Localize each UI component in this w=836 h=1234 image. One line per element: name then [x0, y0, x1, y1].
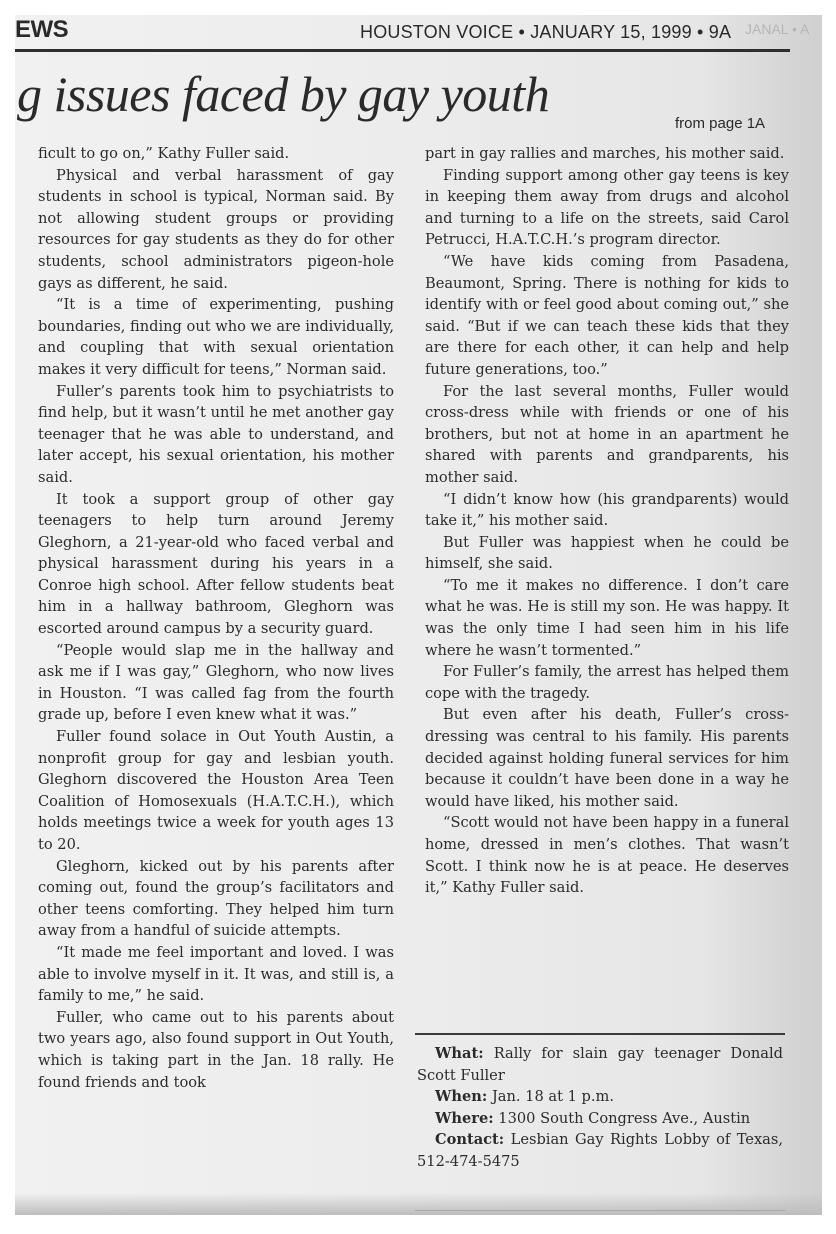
paragraph: “I didn’t know how (his grandparents) wo… [425, 489, 789, 532]
paragraph: Finding support among other gay teens is… [425, 165, 789, 251]
paragraph: “People would slap me in the hallway and… [38, 640, 394, 726]
info-where-label: Where: [435, 1110, 494, 1127]
info-what: What: Rally for slain gay teenager Donal… [417, 1043, 783, 1086]
headline: g issues faced by gay youth [17, 65, 549, 123]
paragraph: Gleghorn, kicked out by his parents afte… [38, 856, 394, 942]
paragraph: “Scott would not have been happy in a fu… [425, 812, 789, 898]
paragraph: “We have kids coming from Pasadena, Beau… [425, 251, 789, 381]
paragraph: ficult to go on,” Kathy Fuller said. [38, 143, 394, 165]
newspaper-clipping: EWS HOUSTON VOICE • JANUARY 15, 1999 • 9… [15, 15, 822, 1215]
left-column: ficult to go on,” Kathy Fuller said. Phy… [38, 143, 394, 1093]
paragraph: But even after his death, Fuller’s cross… [425, 704, 789, 812]
paragraph: “It is a time of experimenting, pushing … [38, 294, 394, 380]
paragraph: For Fuller’s family, the arrest has help… [425, 661, 789, 704]
jump-line: from page 1A [675, 115, 765, 132]
paragraph: Fuller, who came out to his parents abou… [38, 1007, 394, 1093]
paragraph: Fuller’s parents took him to psychiatris… [38, 381, 394, 489]
info-where: Where: 1300 South Congress Ave., Austin [417, 1108, 783, 1130]
header-rule [15, 49, 790, 52]
info-box-top-rule [415, 1033, 785, 1035]
info-what-label: What: [435, 1045, 484, 1062]
section-label: EWS [15, 16, 68, 44]
right-column: part in gay rallies and marches, his mot… [425, 143, 789, 899]
paragraph: “It made me feel important and loved. I … [38, 942, 394, 1007]
info-box-bottom-rule [415, 1210, 785, 1211]
paragraph: For the last several months, Fuller woul… [425, 381, 789, 489]
dateline: HOUSTON VOICE • JANUARY 15, 1999 • 9A [360, 22, 731, 43]
paragraph: It took a support group of other gay tee… [38, 489, 394, 640]
info-when-value: Jan. 18 at 1 p.m. [492, 1088, 614, 1105]
paragraph: “To me it makes no difference. I don’t c… [425, 575, 789, 661]
paragraph: But Fuller was happiest when he could be… [425, 532, 789, 575]
bleed-through-text: JANAL • A [745, 21, 809, 37]
info-contact: Contact: Lesbian Gay Rights Lobby of Tex… [417, 1129, 783, 1172]
info-when-label: When: [435, 1088, 487, 1105]
info-contact-label: Contact: [435, 1131, 504, 1148]
paragraph: part in gay rallies and marches, his mot… [425, 143, 789, 165]
rally-info-box: What: Rally for slain gay teenager Donal… [417, 1043, 783, 1173]
info-when: When: Jan. 18 at 1 p.m. [417, 1086, 783, 1108]
paragraph: Fuller found solace in Out Youth Austin,… [38, 726, 394, 856]
paragraph: Physical and verbal harassment of gay st… [38, 165, 394, 295]
info-where-value: 1300 South Congress Ave., Austin [498, 1110, 750, 1127]
